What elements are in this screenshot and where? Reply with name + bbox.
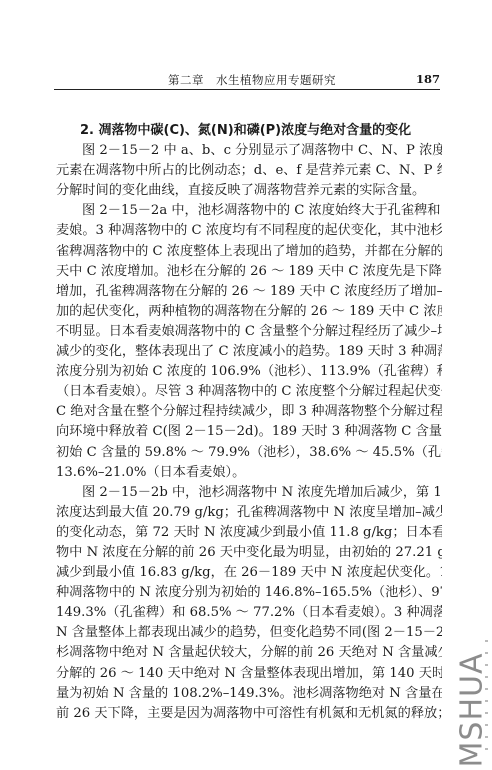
text-line: 13.6%–21.0%（日本看麦娘）。 <box>56 463 442 483</box>
text-line: 分解时间的变化曲线，直接反映了凋落物营养元素的实际含量。 <box>56 181 442 201</box>
text-line: 元素在凋落物中所占的比例动态；d、e、f 是营养元素 C、N、P 绝对含量随 <box>56 161 442 181</box>
text-line: 的变化动态，第 72 天时 N 浓度减少到最小值 11.8 g/kg；日本看麦娘… <box>56 523 442 543</box>
watermark-text: MSHUA <box>455 652 490 767</box>
text-line: 浓度分别为初始 C 浓度的 106.9%（池杉）、113.9%（孔雀稗）和 94… <box>56 362 442 382</box>
text-line: 不明显。日本看麦娘凋落物中的 C 含量整个分解过程经历了减少–增加– <box>56 322 442 342</box>
header-rule <box>54 89 440 90</box>
text-line: 分解的 26 ～ 140 天中绝对 N 含量整体表现出增加，第 140 天时绝对… <box>56 664 442 684</box>
section-heading: 2. 凋落物中碳(C)、氮(N)和磷(P)浓度与绝对含量的变化 <box>56 121 442 141</box>
text-line: 减少到最小值 16.83 g/kg，在 26－189 天中 N 浓度起伏变化。1… <box>56 563 442 583</box>
text-line: 增加，孔雀稗凋落物在分解的 26 ～ 189 天中 C 浓度经历了增加–减少–增 <box>56 282 442 302</box>
text-line: 149.3%（孔雀稗）和 68.5% ～ 77.2%（日本看麦娘）。3 种凋落物… <box>56 603 442 623</box>
text-line: 图 2－15－2 中 a、b、c 分别显示了凋落物中 C、N、P 浓度的变化，反… <box>56 141 442 161</box>
text-line: 减少的变化，整体表现出了 C 浓度减小的趋势。189 天时 3 种凋落物中 C <box>56 342 442 362</box>
text-line: 麦娘。3 种凋落物中的 C 浓度均有不同程度的起伏变化，其中池杉和孔 <box>56 221 442 241</box>
text-line: 浓度达到最大值 20.79 g/kg；孔雀稗凋落物中 N 浓度呈增加–减少–增加 <box>56 503 442 523</box>
text-line: 图 2－15－2a 中，池杉凋落物中的 C 浓度始终大于孔雀稗和日本看 <box>56 201 442 221</box>
text-line: 加的起伏变化，两种植物的凋落物在分解的 26 ～ 189 天中 C 浓度变化均 <box>56 302 442 322</box>
text-line: 向环境中释放着 C(图 2－15－2d)。189 天时 3 种凋落物 C 含量分… <box>56 422 442 442</box>
text-line: 物中 N 浓度在分解的前 26 天中变化最为明显，由初始的 27.21 g/kg… <box>56 543 442 563</box>
chapter-title: 第二章 水生植物应用专题研究 <box>168 72 336 88</box>
page-number: 187 <box>416 72 440 86</box>
text-line: 量为初始 N 含量的 108.2%–149.3%。池杉凋落物绝对 N 含量在分解… <box>56 684 442 704</box>
text-line: 杉凋落物中绝对 N 含量起伏较大，分解的前 26 天绝对 N 含量减少，但在 <box>56 643 442 663</box>
text-line: 初始 C 含量的 59.8% ～ 79.9%（池杉），38.6% ～ 45.5%… <box>56 443 442 463</box>
text-line: N 含量整体上都表现出减少的趋势，但变化趋势不同(图 2－15－2e)。池 <box>56 623 442 643</box>
watermark: MSHUA <box>452 652 492 767</box>
page-body: 2. 凋落物中碳(C)、氮(N)和磷(P)浓度与绝对含量的变化 图 2－15－2… <box>56 121 442 724</box>
text-line: 雀稗凋落物中的 C 浓度整体上表现出了增加的趋势，并都在分解的前 26 <box>56 242 442 262</box>
running-header: 第二章 水生植物应用专题研究 187 <box>56 72 440 88</box>
text-line: 前 26 天下降，主要是因为凋落物中可溶性有机氮和无机氮的释放；从 <box>56 704 442 724</box>
text-line: （日本看麦娘）。尽管 3 种凋落物中的 C 浓度整个分解过程起伏变化，但 <box>56 382 442 402</box>
text-line: 种凋落物中的 N 浓度分别为初始的 146.8%–165.5%（池杉）、97.1… <box>56 583 442 603</box>
text-line: C 绝对含量在整个分解过程持续减少，即 3 种凋落物整个分解过程都在 <box>56 402 442 422</box>
text-line: 天中 C 浓度增加。池杉在分解的 26 ～ 189 天中 C 浓度先是下降，后持… <box>56 262 442 282</box>
text-line: 图 2－15－2b 中，池杉凋落物中 N 浓度先增加后减少，第 140 天时 N <box>56 483 442 503</box>
